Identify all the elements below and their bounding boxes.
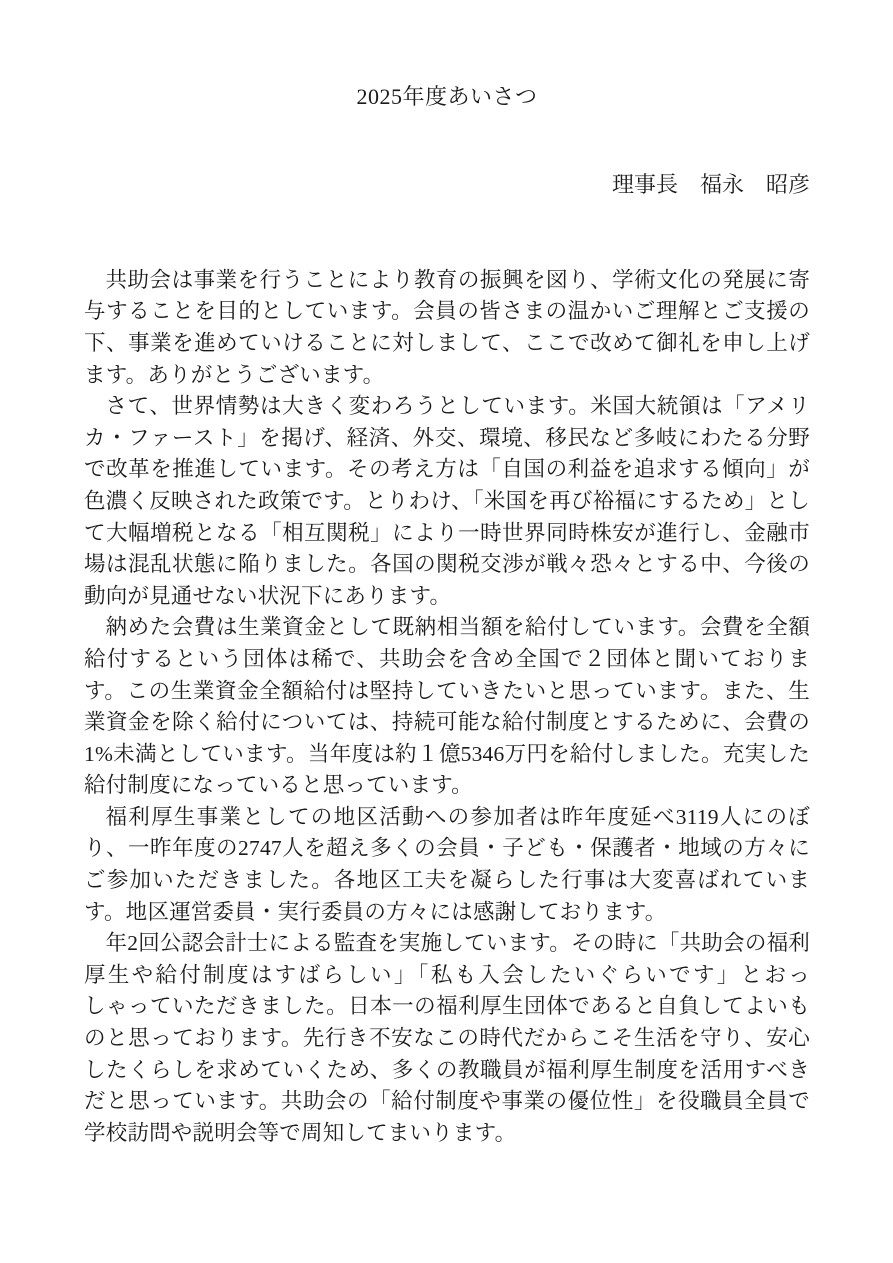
body-paragraph-1: 共助会は事業を行うことにより教育の振興を図り、学術文化の発展に寄与することを目的… — [84, 265, 810, 391]
signature-line: 理事長 福永 昭彦 — [84, 172, 810, 198]
document-page: 2025年度あいさつ 理事長 福永 昭彦 共助会は事業を行うことにより教育の振興… — [0, 0, 893, 1263]
body-paragraph-5: 年2回公認会計士による監査を実施しています。その時に「共助会の福利厚生や給付制度… — [84, 928, 810, 1149]
body-paragraph-3: 納めた会費は生業資金として既納相当額を給付しています。会費を全額給付するという団… — [84, 612, 810, 802]
document-body: 共助会は事業を行うことにより教育の振興を図り、学術文化の発展に寄与することを目的… — [84, 265, 810, 1150]
body-paragraph-2: さて、世界情勢は大きく変わろうとしています。米国大統領は「アメリカ・ファースト」… — [84, 391, 810, 612]
body-paragraph-4: 福利厚生事業としての地区活動への参加者は昨年度延べ3119人にのぼり、一昨年度の… — [84, 802, 810, 928]
document-title: 2025年度あいさつ — [84, 84, 810, 110]
